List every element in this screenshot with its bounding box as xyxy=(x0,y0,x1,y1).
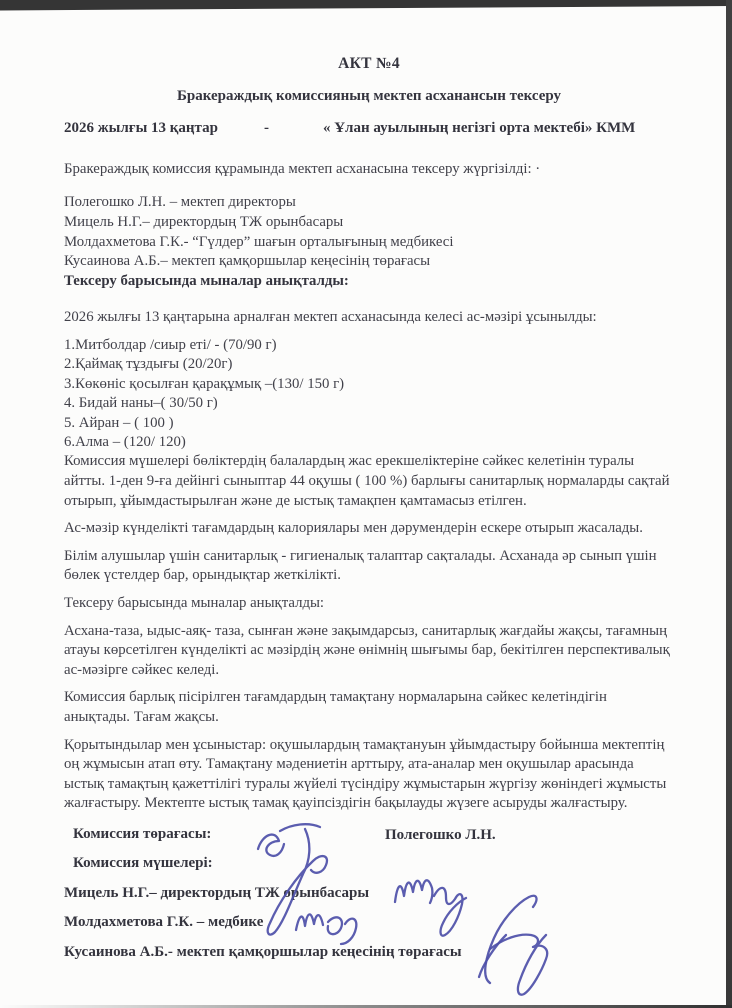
member-signature-row: Кусаинова А.Б.- мектеп қамқоршылар кеңес… xyxy=(64,943,674,973)
scanned-page: АКТ №4 Бракераждық комиссияның мектеп ас… xyxy=(0,0,732,1008)
member-signature-line: Молдахметова Г.К. – медбике xyxy=(64,913,263,933)
body-paragraph: Білім алушылар үшін санитарлық - гигиена… xyxy=(64,547,674,586)
chairman-signature-row: Комиссия төрағасы: Полегошко Л.Н. xyxy=(64,825,674,855)
menu-item: 3.Көкөніс қосылған қарақұмық –(130/ 150 … xyxy=(64,375,674,394)
menu-list: 1.Митболдар /сиыр еті/ - (70/90 г) 2.Қай… xyxy=(64,336,674,452)
signature-block: Комиссия төрағасы: Полегошко Л.Н. Комисс… xyxy=(64,825,674,973)
members-label-row: Комиссия мүшелері: xyxy=(64,854,674,884)
act-title: АКТ №4 xyxy=(64,54,674,74)
act-subtitle: Бракераждық комиссияның мектеп асханансы… xyxy=(64,87,674,107)
chairman-name: Полегошко Л.Н. xyxy=(385,826,496,846)
member-line: Полегошко Л.Н. – мектеп директоры xyxy=(64,193,674,213)
date-separator: - xyxy=(264,119,269,139)
menu-item: 4. Бидай наны–( 30/50 г) xyxy=(64,394,674,413)
scan-edge-right xyxy=(726,0,732,1008)
member-line: Кусаинова А.Б.– мектеп қамқоршылар кеңес… xyxy=(64,252,674,272)
conclusions-paragraph: Қорытындылар мен ұсыныстар: оқушылардың … xyxy=(64,736,674,814)
menu-item: 2.Қаймақ тұздығы (20/20г) xyxy=(64,355,674,374)
member-signature-row: Мицель Н.Г.– директордың ТЖ орынбасары xyxy=(64,884,674,914)
commission-members-list: Полегошко Л.Н. – мектеп директоры Мицель… xyxy=(64,193,674,291)
member-line: Мицель Н.Г.– директордың ТЖ орынбасары xyxy=(64,213,674,233)
document-content: АКТ №4 Бракераждық комиссияның мектеп ас… xyxy=(64,54,674,972)
body-paragraph: Ас-мәзір күнделікті тағамдардың калориял… xyxy=(64,519,674,539)
act-date: 2026 жылғы 13 қаңтар xyxy=(64,119,218,139)
menu-intro: 2026 жылғы 13 қаңтарына арналған мектеп … xyxy=(64,308,674,328)
menu-item: 5. Айран – ( 100 ) xyxy=(64,414,674,433)
date-line: 2026 жылғы 13 қаңтар - « Ұлан ауылының н… xyxy=(64,119,674,139)
menu-item: 6.Алма – (120/ 120) xyxy=(64,433,674,452)
members-label: Комиссия мүшелері: xyxy=(64,854,213,874)
member-signature-row: Молдахметова Г.К. – медбике xyxy=(64,913,674,943)
findings-heading-bold: Тексеру барысында мыналар анықталды: xyxy=(64,272,674,292)
member-signature-ink xyxy=(292,900,358,944)
organization-name: « Ұлан ауылының негізгі орта мектебі» КМ… xyxy=(323,119,635,139)
member-signature-line: Кусаинова А.Б.- мектеп қамқоршылар кеңес… xyxy=(64,943,462,963)
chairman-label: Комиссия төрағасы: xyxy=(64,825,211,845)
body-paragraph: Комиссия барлық пісірілген тағамдардың т… xyxy=(64,688,674,727)
member-signature-ink xyxy=(462,891,554,999)
body-paragraph: Асхана-таза, ыдыс-аяқ- таза, сынған және… xyxy=(64,622,674,681)
findings-heading-plain: Тексеру барысында мыналар анықталды: xyxy=(64,594,674,614)
member-line: Молдахметова Г.К.- “Гүлдер” шағын орталы… xyxy=(64,233,674,253)
scan-edge-top xyxy=(0,0,732,11)
member-signature-ink xyxy=(390,866,468,924)
menu-item: 1.Митболдар /сиыр еті/ - (70/90 г) xyxy=(64,336,674,355)
body-paragraph: Комиссия мүшелері бөліктердің балалардың… xyxy=(64,452,674,511)
intro-paragraph: Бракераждық комиссия құрамында мектеп ас… xyxy=(64,160,674,180)
